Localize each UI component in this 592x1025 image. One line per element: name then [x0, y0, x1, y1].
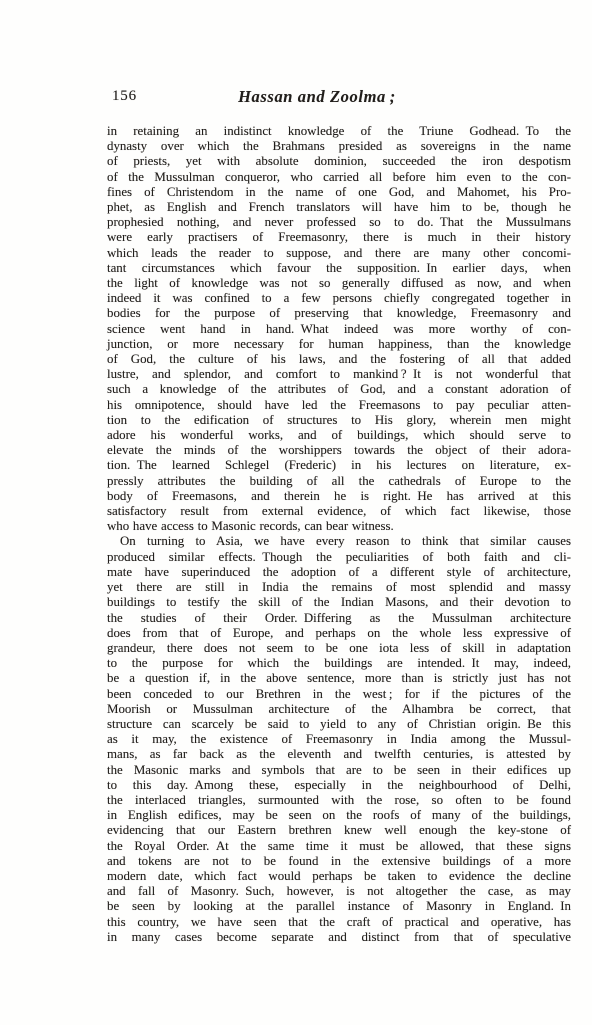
text-line: tant circumstances which favour the supp…: [107, 261, 571, 276]
text-line: and fall of Masonry. Such, however, is n…: [107, 884, 571, 899]
text-line: modern date, which fact would perhaps be…: [107, 869, 571, 884]
text-line: On turning to Asia, we have every reason…: [107, 534, 571, 549]
text-line: as it may, the existence of Freemasonry …: [107, 732, 571, 747]
text-line: of the Mussulman conqueror, who carried …: [107, 170, 571, 185]
text-line: which leads the reader to suppose, and t…: [107, 246, 571, 261]
text-line: indeed it was confined to a few persons …: [107, 291, 571, 306]
page-text: in retaining an indistinct knowledge of …: [107, 124, 571, 945]
text-line: be a question if, in the above sentence,…: [107, 671, 571, 686]
text-line: lustre, and splendor, and comfort to man…: [107, 367, 571, 382]
text-line: Moorish or Mussulman architecture of the…: [107, 702, 571, 717]
text-line: in retaining an indistinct knowledge of …: [107, 124, 571, 139]
text-line: dynasty over which the Brahmans presided…: [107, 139, 571, 154]
text-line: satisfactory result from external eviden…: [107, 504, 571, 519]
text-line: body of Freemasons, and therein he is ri…: [107, 489, 571, 504]
text-line: does from that of Europe, and perhaps on…: [107, 626, 571, 641]
text-line: evidencing that our Eastern brethren kne…: [107, 823, 571, 838]
text-line: of God, the culture of his laws, and the…: [107, 352, 571, 367]
text-line: buildings to testify the skill of the In…: [107, 595, 571, 610]
text-line: of priests, yet with absolute dominion, …: [107, 154, 571, 169]
text-line: junction, or more necessary for human ha…: [107, 337, 571, 352]
text-line: elevate the minds of the worshippers tow…: [107, 443, 571, 458]
text-line: produced similar effects. Though the pec…: [107, 550, 571, 565]
text-line: who have access to Masonic records, can …: [107, 519, 571, 534]
text-line: bodies for the purpose of preserving tha…: [107, 306, 571, 321]
text-line: were early practisers of Freemasonry, th…: [107, 230, 571, 245]
text-line: mate have superinduced the adoption of a…: [107, 565, 571, 580]
book-page: 156 Hassan and Zoolma ; in retaining an …: [0, 0, 592, 1025]
text-line: this country, we have seen that the craf…: [107, 915, 571, 930]
page-header: 156 Hassan and Zoolma ;: [107, 87, 571, 109]
text-line: the light of knowledge was not so genera…: [107, 276, 571, 291]
text-line: the studies of their Order. Differing as…: [107, 611, 571, 626]
paragraph-2: On turning to Asia, we have every reason…: [107, 534, 571, 944]
text-line: prophesied nothing, and never professed …: [107, 215, 571, 230]
text-line: the Masonic marks and symbols that are t…: [107, 763, 571, 778]
text-line: adore his wonderful works, and of buildi…: [107, 428, 571, 443]
text-line: fines of Christendom in the name of one …: [107, 185, 571, 200]
text-line: been conceded to our Brethren in the wes…: [107, 687, 571, 702]
text-line: the interlaced triangles, surmounted wit…: [107, 793, 571, 808]
text-line: his omnipotence, should have led the Fre…: [107, 398, 571, 413]
text-line: to this day. Among these, especially in …: [107, 778, 571, 793]
text-line: be seen by looking at the parallel insta…: [107, 899, 571, 914]
text-line: to the purpose for which the buildings a…: [107, 656, 571, 671]
text-line: structure can scarcely be said to yield …: [107, 717, 571, 732]
text-line: mans, as far back as the eleventh and tw…: [107, 747, 571, 762]
text-line: in English edifices, may be seen on the …: [107, 808, 571, 823]
text-line: the Royal Order. At the same time it mus…: [107, 839, 571, 854]
text-line: tion. The learned Schlegel (Frederic) in…: [107, 458, 571, 473]
text-line: pressly attributes the building of all t…: [107, 474, 571, 489]
text-line: phet, as English and French translators …: [107, 200, 571, 215]
paragraph-1: in retaining an indistinct knowledge of …: [107, 124, 571, 534]
text-line: such a knowledge of the attributes of Go…: [107, 382, 571, 397]
text-line: tion to the edification of structures to…: [107, 413, 571, 428]
text-line: science went hand in hand. What indeed w…: [107, 322, 571, 337]
text-line: in many cases become separate and distin…: [107, 930, 571, 945]
text-line: and tokens are not to be found in the ex…: [107, 854, 571, 869]
running-title: Hassan and Zoolma ;: [107, 87, 527, 107]
text-line: yet there are still in India the remains…: [107, 580, 571, 595]
text-line: grandeur, there does not seem to be one …: [107, 641, 571, 656]
